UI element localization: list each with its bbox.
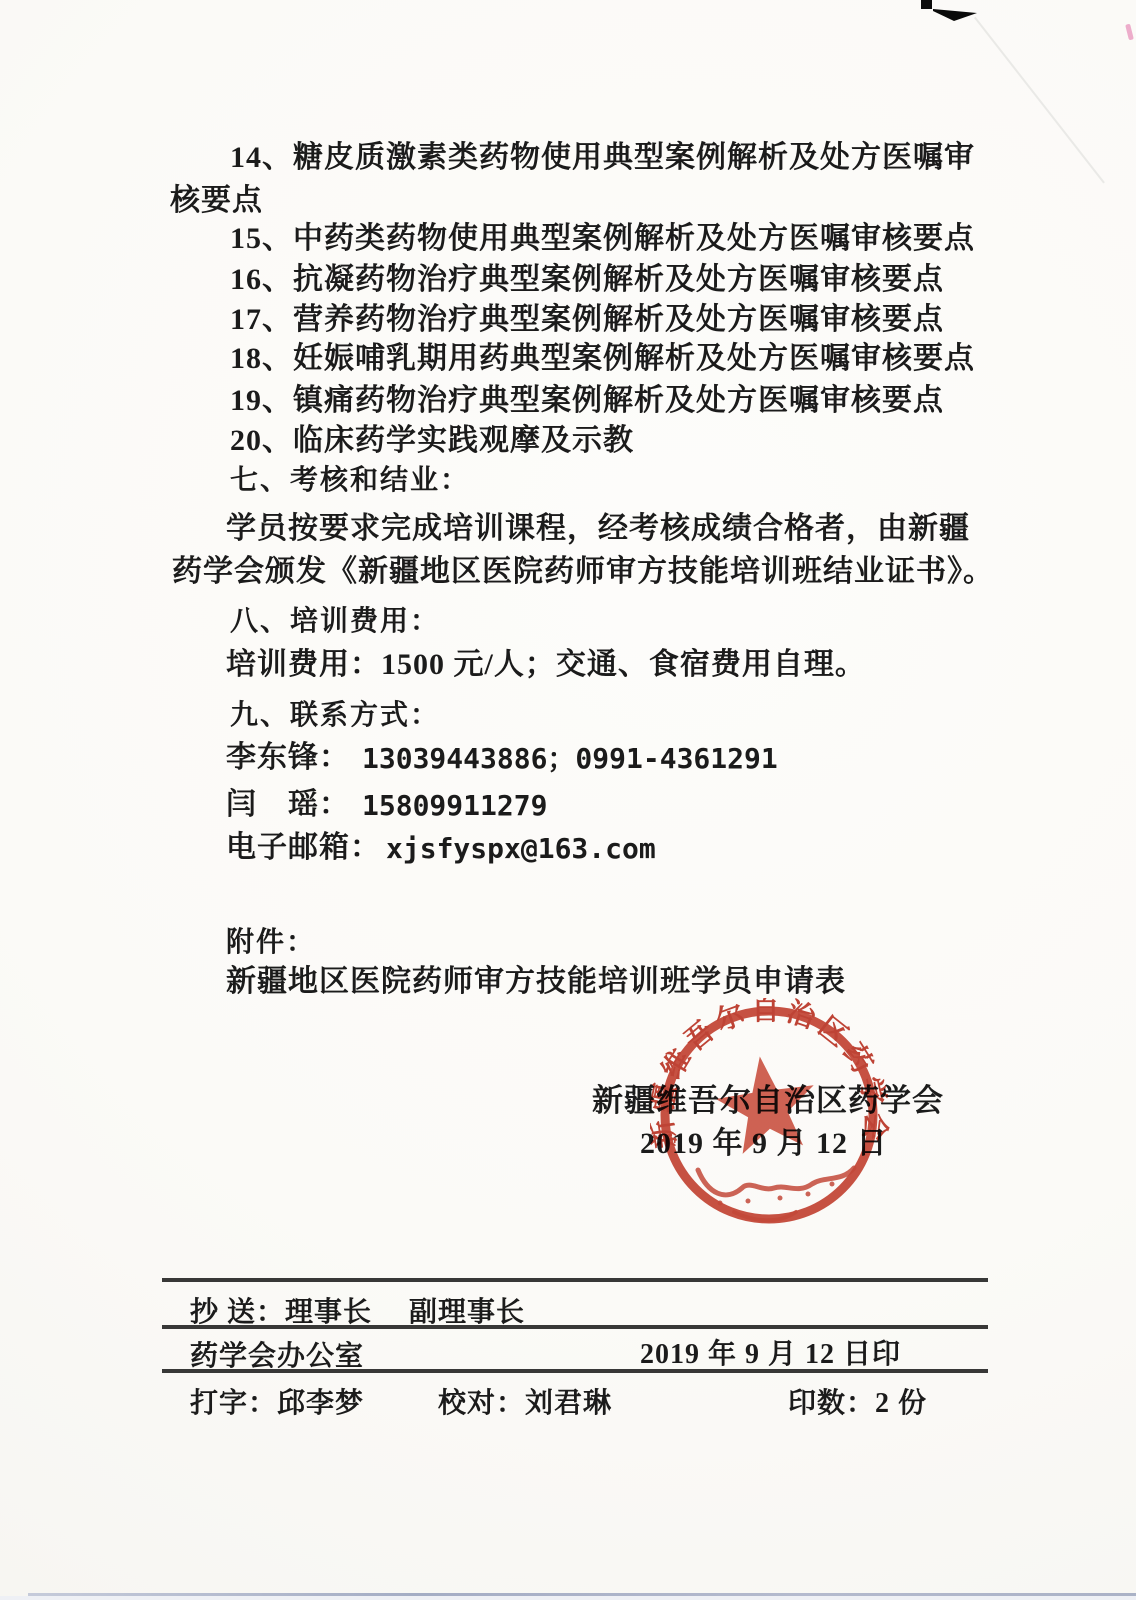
list-item-14: 14、糖皮质激素类药物使用典型案例解析及处方医嘱审 bbox=[230, 141, 975, 174]
scan-bottom-margin bbox=[0, 1596, 1136, 1600]
section-heading-contact: 九、联系方式： bbox=[230, 700, 440, 731]
scan-crease-line bbox=[974, 17, 1105, 184]
print-date: 2019 年 9 月 12 日印 bbox=[640, 1332, 901, 1372]
paragraph-assessment-2: 药学会颁发《新疆地区医院药师审方技能培训班结业证书》。 bbox=[172, 555, 994, 588]
contact-label-email: 电子邮箱： bbox=[226, 831, 381, 864]
star-icon bbox=[716, 1057, 814, 1154]
paragraph-assessment-1: 学员按要求完成培训课程，经考核成绩合格者，由新疆 bbox=[226, 512, 970, 545]
footer-divider-bottom bbox=[162, 1369, 988, 1373]
official-seal: 新疆维吾尔自治区药学会 bbox=[650, 998, 890, 1238]
list-item-18: 18、妊娠哺乳期用药典型案例解析及处方医嘱审核要点 bbox=[230, 342, 975, 375]
scanned-document-page: 14、糖皮质激素类药物使用典型案例解析及处方医嘱审 核要点 15、中药类药物使用… bbox=[0, 0, 1136, 1600]
footer-divider-middle bbox=[162, 1325, 988, 1329]
list-item-17: 17、营养药物治疗典型案例解析及处方医嘱审核要点 bbox=[230, 303, 944, 336]
section-heading-fee: 八、培训费用： bbox=[230, 606, 440, 637]
scan-artifact-dot bbox=[921, 0, 932, 9]
cc-line: 抄 送：理事长 副理事长 bbox=[190, 1290, 525, 1330]
contact-phone-lidongfeng: 13039443886；0991-4361291 bbox=[362, 744, 778, 775]
typist-name: 打字：邱李梦 bbox=[190, 1381, 364, 1421]
section-heading-assessment: 七、考核和结业： bbox=[230, 465, 470, 496]
list-item-19: 19、镇痛药物治疗典型案例解析及处方医嘱审核要点 bbox=[230, 384, 944, 417]
contact-label-lidongfeng: 李东锋： bbox=[226, 741, 350, 774]
fee-detail: 培训费用：1500 元/人；交通、食宿费用自理。 bbox=[226, 648, 866, 681]
list-item-16: 16、抗凝药物治疗典型案例解析及处方医嘱审核要点 bbox=[230, 263, 944, 296]
scan-artifact-corner bbox=[932, 2, 982, 26]
office-name: 药学会办公室 bbox=[190, 1334, 364, 1374]
proofreader-name: 校对：刘君琳 bbox=[438, 1381, 612, 1421]
scan-pink-mark bbox=[1125, 24, 1134, 41]
contact-email-value: xjsfyspx@163.com bbox=[386, 834, 656, 865]
list-item-20: 20、临床药学实践观摩及示教 bbox=[230, 424, 634, 457]
attachment-heading: 附件： bbox=[226, 927, 316, 958]
contact-label-yanyao: 闫 瑶： bbox=[226, 788, 350, 821]
attachment-title: 新疆地区医院药师审方技能培训班学员申请表 bbox=[226, 965, 846, 998]
copies-count: 印数：2 份 bbox=[788, 1381, 927, 1421]
contact-phone-yanyao: 15809911279 bbox=[362, 791, 547, 822]
list-item-14-continuation: 核要点 bbox=[170, 184, 263, 217]
footer-divider-top bbox=[162, 1278, 988, 1282]
list-item-15: 15、中药类药物使用典型案例解析及处方医嘱审核要点 bbox=[230, 222, 975, 255]
